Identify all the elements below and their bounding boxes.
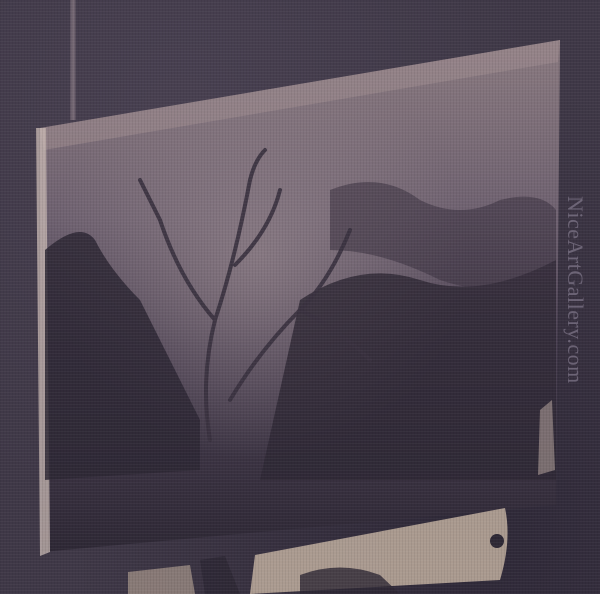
- board-hole: [490, 534, 504, 548]
- painting-canvas: [0, 0, 600, 594]
- watermark-text: NiceArtGallery.com: [558, 196, 588, 396]
- artwork-photo: NiceArtGallery.com: [0, 0, 600, 594]
